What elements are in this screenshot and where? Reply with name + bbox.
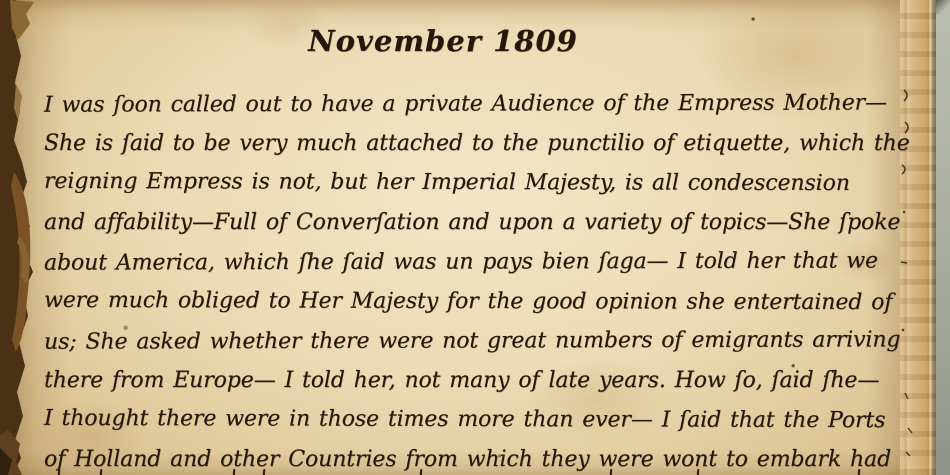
journal-line: I was ſoon called out to have a private … xyxy=(44,83,904,125)
journal-line: and affability—Full of Converſation and … xyxy=(44,203,904,243)
journal-text: November 1809 I was ſoon called out to h… xyxy=(0,0,950,475)
clipped-line-strokes xyxy=(0,468,950,475)
journal-line: reigning Empress is not, but her Imperia… xyxy=(44,162,904,204)
journal-line: I thought there were in those times more… xyxy=(44,399,904,441)
journal-line: there from Europe— I told her, not many … xyxy=(44,361,904,401)
journal-body: I was ſoon called out to have a private … xyxy=(44,84,904,475)
journal-line: about America, which ſhe ſaid was un pay… xyxy=(44,241,904,283)
journal-line: She is ſaid to be very much attached to … xyxy=(44,124,904,164)
journal-photo: November 1809 I was ſoon called out to h… xyxy=(0,0,950,475)
journal-title: November 1809 xyxy=(0,24,886,58)
journal-line: us; She asked whether there were not gre… xyxy=(44,320,904,362)
journal-line: were much obliged to Her Majesty for the… xyxy=(44,280,904,322)
